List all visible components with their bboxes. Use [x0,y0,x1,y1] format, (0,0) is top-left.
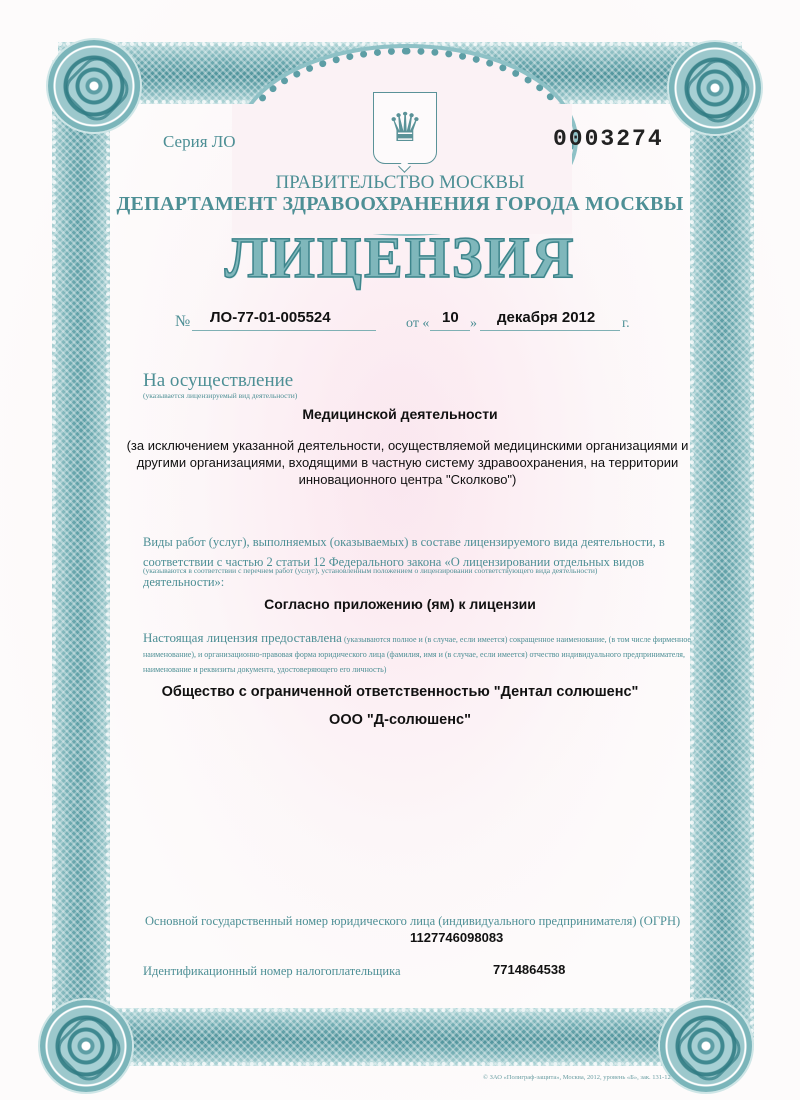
day-underline [430,330,470,331]
date-close-quote: » [470,316,477,332]
serial-number: 0003274 [553,126,664,152]
activity-note: (указывается лицензируемый вид деятельно… [143,391,297,400]
rosette-icon [660,1000,752,1092]
document-title: ЛИЦЕНЗИЯ [0,224,800,291]
works-label: Виды работ (услуг), выполняемых (оказыва… [143,532,703,592]
ogrn-value: 1127746098083 [410,930,503,945]
license-day: 10 [442,309,459,326]
rosette-icon [40,1000,132,1092]
printer-imprint: © ЗАО «Полиграф-защита», Москва, 2012, у… [483,1074,671,1081]
licensee-label: Настоящая лицензия предоставлена [143,630,342,645]
works-value: Согласно приложению (ям) к лицензии [0,596,800,612]
works-note: (указываются в соответствии с перечнем р… [143,566,597,575]
rosette-icon [669,42,761,134]
department-name: ДЕПАРТАМЕНТ ЗДРАВООХРАНЕНИЯ ГОРОДА МОСКВ… [0,193,800,216]
license-number: ЛО-77-01-005524 [210,309,331,326]
licensee-label-block: Настоящая лицензия предоставлена (указыв… [143,630,698,677]
activity-name: Медицинской деятельности [0,406,800,422]
licensee-full-name: Общество с ограниченной ответственностью… [0,684,800,700]
inn-value: 7714864538 [493,962,565,977]
year-suffix: г. [622,316,630,332]
month-underline [480,330,620,331]
date-from-label: от « [406,316,429,332]
number-label: № [175,313,190,331]
border-bottom [58,1008,742,1066]
license-month-year: декабря 2012 [497,309,595,326]
number-underline [192,330,376,331]
ogrn-label: Основной государственный номер юридическ… [145,914,680,929]
license-document: ♛ Серия ЛО 0003274 ПРАВИТЕЛЬСТВО МОСКВЫ … [0,0,800,1100]
coat-of-arms-shield: ♛ [373,92,437,164]
licensee-short-name: ООО "Д-солюшенс" [0,712,800,728]
rosette-icon [48,40,140,132]
activity-exclusion: (за исключением указанной деятельности, … [120,437,695,488]
inn-label: Идентификационный номер налогоплательщик… [143,964,401,979]
activity-label: На осуществление [143,370,293,392]
double-headed-eagle-icon: ♛ [382,101,428,155]
government-name: ПРАВИТЕЛЬСТВО МОСКВЫ [0,172,800,194]
series-label: Серия ЛО [163,132,236,152]
